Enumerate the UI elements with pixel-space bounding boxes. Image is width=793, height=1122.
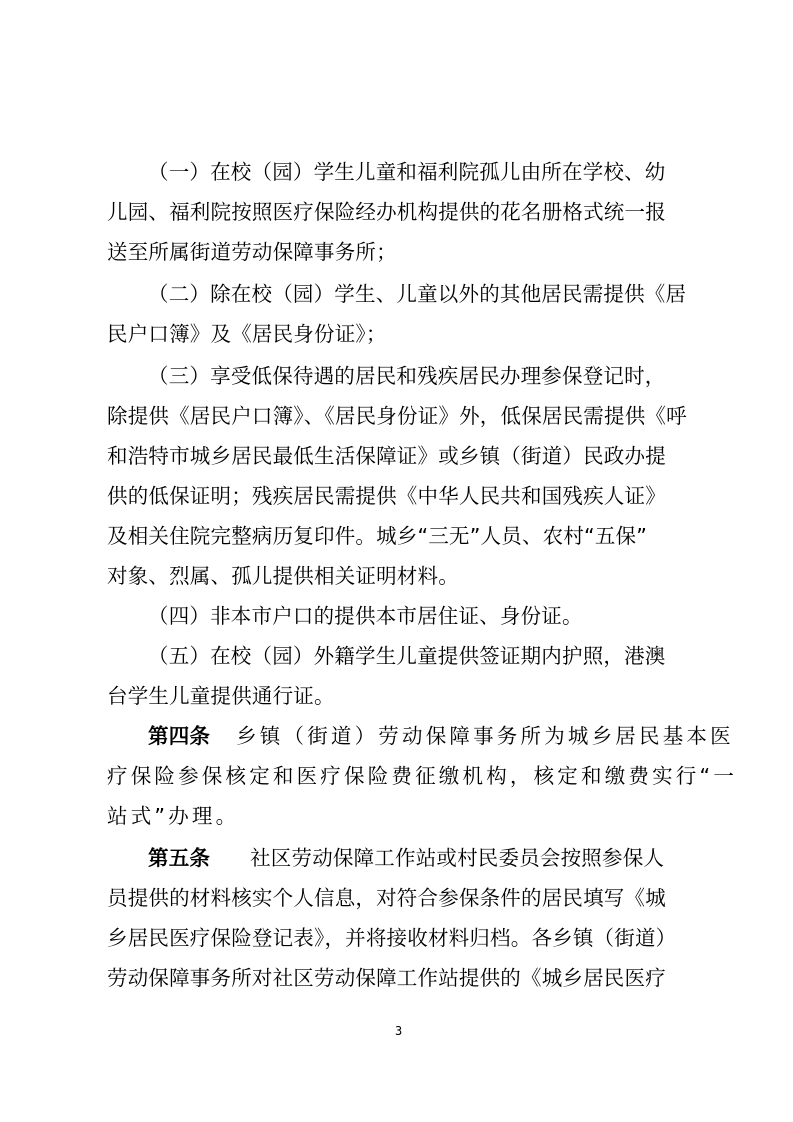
- article-4-line-3: 站式”办理。: [107, 804, 697, 828]
- paragraph-5-line-1: （五）在校（园）外籍学生儿童提供签证期内护照，港澳: [148, 644, 738, 668]
- page-number: 3: [395, 1024, 402, 1038]
- article-5-line-4: 劳动保障事务所对社区劳动保障工作站提供的《城乡居民医疗: [107, 966, 697, 990]
- article-5-line-3: 乡居民医疗保险登记表》，并将接收材料归档。各乡镇（街道）: [107, 926, 697, 950]
- paragraph-3-line-5: 及相关住院完整病历复印件。城乡“三无”人员、农村“五保”: [107, 524, 697, 548]
- paragraph-1-line-1: （一）在校（园）学生儿童和福利院孤儿由所在学校、幼: [148, 160, 738, 184]
- article-4-heading: 第四条: [148, 724, 210, 748]
- paragraph-5-line-2: 台学生儿童提供通行证。: [107, 684, 697, 708]
- paragraph-1-line-3: 送至所属街道劳动保障事务所；: [107, 240, 697, 264]
- paragraph-2-line-1: （二）除在校（园）学生、儿童以外的其他居民需提供《居: [148, 282, 738, 306]
- article-4-line-1: 第四条乡镇（街道）劳动保障事务所为城乡居民基本医: [148, 724, 738, 748]
- paragraph-3-line-4: 供的低保证明；残疾居民需提供《中华人民共和国残疾人证》: [107, 484, 697, 508]
- paragraph-4-line-1: （四）非本市户口的提供本市居住证、身份证。: [148, 604, 738, 628]
- paragraph-3-line-2: 除提供《居民户口簿》、《居民身份证》外，低保居民需提供《呼: [107, 404, 697, 428]
- paragraph-3-line-3: 和浩特市城乡居民最低生活保障证》或乡镇（街道）民政办提: [107, 444, 697, 468]
- paragraph-3-line-6: 对象、烈属、孤儿提供相关证明材料。: [107, 564, 697, 588]
- article-5-text-1: 社区劳动保障工作站或村民委员会按照参保人: [250, 846, 664, 870]
- paragraph-3-line-1: （三）享受低保待遇的居民和残疾居民办理参保登记时，: [148, 364, 738, 388]
- article-4-text-1: 乡镇（街道）劳动保障事务所为城乡居民基本医: [236, 724, 734, 748]
- paragraph-2-line-2: 民户口簿》及《居民身份证》；: [107, 322, 697, 346]
- article-5-heading: 第五条: [148, 846, 210, 870]
- paragraph-1-line-2: 儿园、福利院按照医疗保险经办机构提供的花名册格式统一报: [107, 200, 697, 224]
- document-page: （一）在校（园）学生儿童和福利院孤儿由所在学校、幼 儿园、福利院按照医疗保险经办…: [0, 0, 793, 1122]
- article-5-line-1: 第五条社区劳动保障工作站或村民委员会按照参保人: [148, 846, 738, 870]
- article-5-line-2: 员提供的材料核实个人信息，对符合参保条件的居民填写《城: [107, 886, 697, 910]
- article-4-line-2: 疗保险参保核定和医疗保险费征缴机构，核定和缴费实行“一: [107, 764, 697, 788]
